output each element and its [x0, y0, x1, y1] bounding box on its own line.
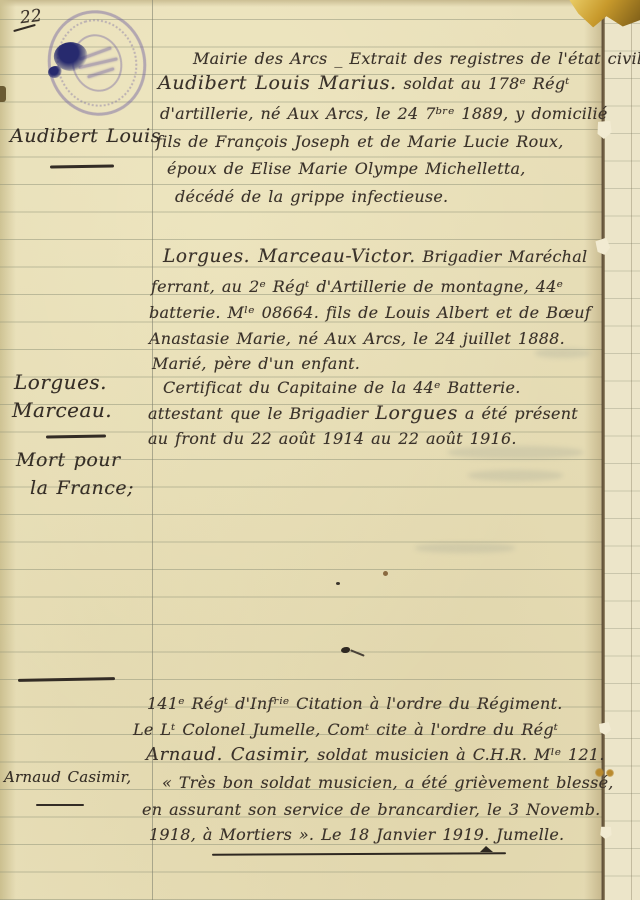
- record-line: batterie. Mˡᵉ 08664. fils de Louis Alber…: [149, 300, 591, 326]
- record-line-text: attestant que le Brigadier: [148, 404, 368, 423]
- record-line: au front du 22 août 1914 au 22 août 1916…: [148, 426, 517, 452]
- record-line: Arnaud. Casimir, soldat musicien à C.H.R…: [146, 742, 605, 768]
- bleed-through-smudge: [468, 470, 563, 481]
- record-line: Lorgues. Marceau-Victor. Brigadier Maréc…: [163, 244, 587, 270]
- record-line: Le Lᵗ Colonel Jumelle, Comᵗ cite à l'ord…: [133, 717, 558, 743]
- margin-underline: [36, 804, 84, 806]
- record-line: Anastasie Marie, né Aux Arcs, le 24 juil…: [149, 326, 565, 352]
- record-line-text: a été présent: [465, 404, 578, 423]
- record-line: Marié, père d'un enfant.: [152, 351, 360, 377]
- record-name-emphasis: Arnaud. Casimir,: [146, 744, 310, 765]
- record-line-text: soldat musicien à C.H.R. Mˡᵉ 121.: [317, 745, 605, 764]
- record-line-text: Brigadier Maréchal: [423, 247, 588, 266]
- record-name-emphasis: Lorgues: [375, 402, 458, 424]
- record-line: époux de Elise Marie Olympe Michelletta,: [167, 156, 526, 182]
- record-line: en assurant son service de brancardier, …: [142, 797, 601, 823]
- gutter-spot: [0, 86, 6, 102]
- margin-name-lorgues: Lorgues.: [14, 369, 107, 395]
- record-line: 1918, à Mortiers ». Le 18 Janvier 1919. …: [149, 822, 564, 848]
- record-line: 141ᵉ Régᵗ d'Infʳⁱᵉ Citation à l'ordre du…: [147, 691, 563, 717]
- record-line: fils de François Joseph et de Marie Luci…: [156, 129, 564, 155]
- bleed-through-smudge: [415, 543, 515, 553]
- margin-name-marceau: Marceau.: [12, 397, 112, 423]
- margin-name-audibert: Audibert Louis: [10, 123, 161, 149]
- death-note-line2: la France;: [30, 475, 134, 501]
- flourish-peak: [480, 846, 493, 852]
- death-note-line1: Mort pour: [16, 447, 121, 473]
- dust-spot: [383, 571, 388, 576]
- scanned-register-page: 22 Audibert Louis Lorgues. Marceau. Mort…: [0, 0, 640, 900]
- record-line: attestant que le Brigadier Lorgues a été…: [148, 400, 578, 427]
- record-line: décédé de la grippe infectieuse.: [175, 184, 448, 210]
- record-line: Mairie des Arcs _ Extrait des registres …: [193, 46, 640, 72]
- record-name-emphasis: Lorgues. Marceau-Victor.: [163, 246, 416, 267]
- record-line: Certificat du Capitaine de la 44ᵉ Batter…: [163, 375, 521, 401]
- ink-speck: [336, 582, 340, 585]
- record-line: ferrant, au 2ᵉ Régᵗ d'Artillerie de mont…: [151, 274, 563, 300]
- record-line: « Très bon soldat musicien, a été griève…: [162, 770, 614, 796]
- record-line: d'artillerie, né Aux Arcs, le 24 7ᵇʳᵉ 18…: [160, 101, 608, 127]
- ink-blot: [48, 66, 62, 78]
- record-line-text: soldat au 178ᵉ Régᵗ: [404, 74, 570, 93]
- record-line: Audibert Louis Marius. soldat au 178ᵉ Ré…: [158, 70, 570, 97]
- margin-name-arnaud: Arnaud Casimir,: [4, 764, 131, 790]
- record-name-emphasis: Audibert Louis Marius.: [158, 72, 397, 94]
- adjacent-page-edge: [631, 0, 632, 900]
